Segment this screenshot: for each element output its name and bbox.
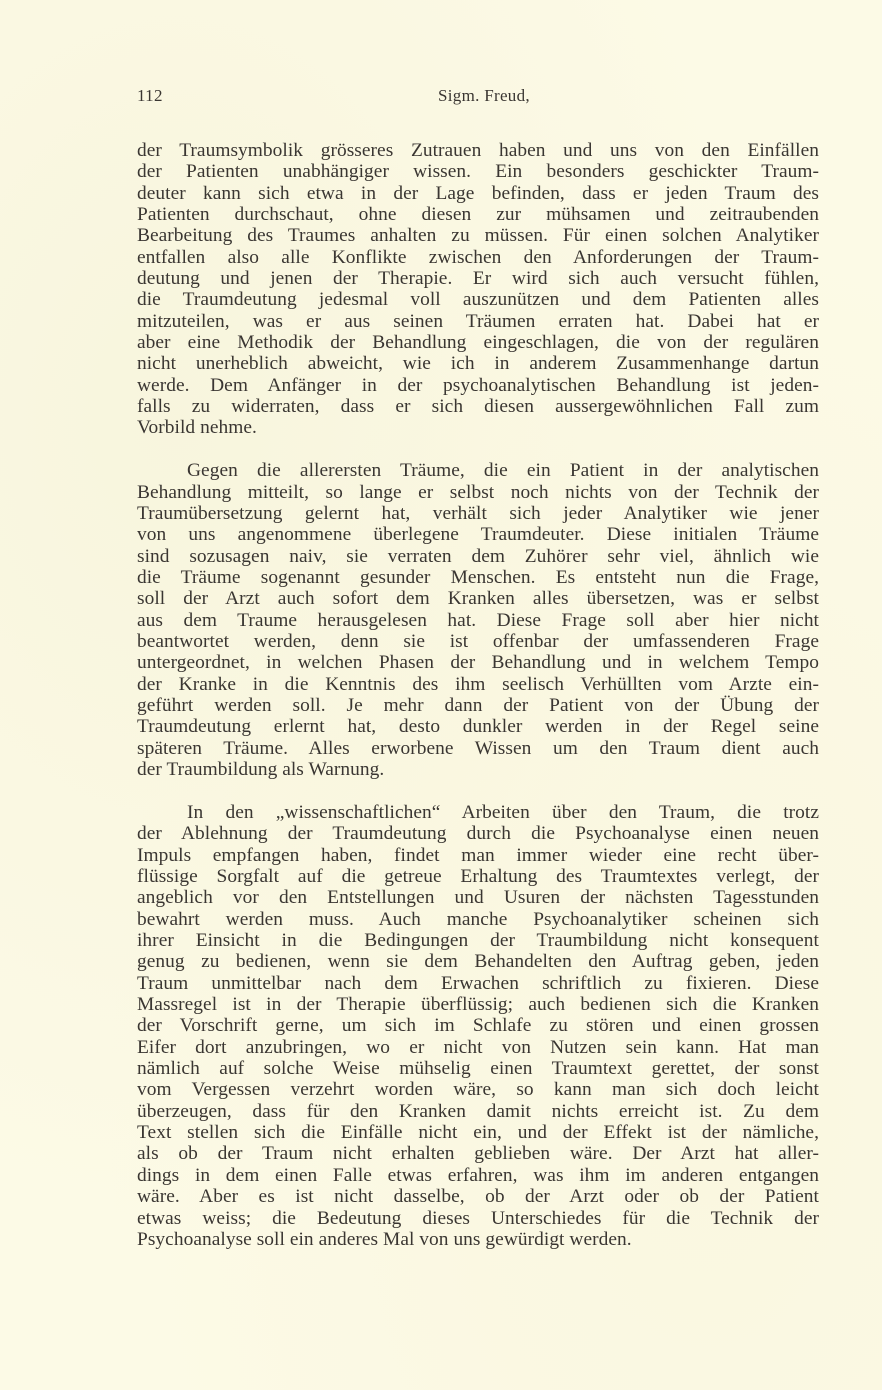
text-line: Bearbeitung des Traumes anhalten zu müss… — [137, 225, 819, 246]
text-line: bewahrt werden muss. Auch manche Psychoa… — [137, 909, 819, 930]
text-line: beantwortet werden, denn sie ist offenba… — [137, 631, 819, 652]
text-line: untergeordnet, in welchen Phasen der Beh… — [137, 652, 819, 673]
text-line: die Traumdeutung jedesmal voll auszunütz… — [137, 289, 819, 310]
text-line: der Kranke in die Kenntnis des ihm seeli… — [137, 674, 819, 695]
text-line: Eifer dort anzubringen, wo er nicht von … — [137, 1037, 819, 1058]
text-line: der Patienten unabhängiger wissen. Ein b… — [137, 161, 819, 182]
paragraph-3: In den „wissenschaftlichen“ Arbeiten übe… — [137, 802, 819, 1250]
text-line: nämlich auf solche Weise mühselig einen … — [137, 1058, 819, 1079]
text-line: der Ablehnung der Traumdeutung durch die… — [137, 823, 819, 844]
text-line: als ob der Traum nicht erhalten gebliebe… — [137, 1143, 819, 1164]
text-line: soll der Arzt auch sofort dem Kranken al… — [137, 588, 819, 609]
text-line: aber eine Methodik der Behandlung einges… — [137, 332, 819, 353]
text-line: von uns angenommene überlegene Traumdeut… — [137, 524, 819, 545]
text-line: nicht unerheblich abweicht, wie ich in a… — [137, 353, 819, 374]
text-line: Psychoanalyse soll ein anderes Mal von u… — [137, 1229, 819, 1250]
text-line: deuter kann sich etwa in der Lage befind… — [137, 183, 819, 204]
book-page: 112 Sigm. Freud, der Traumsymbolik gröss… — [0, 0, 882, 1390]
text-line: werde. Dem Anfänger in der psychoanalyti… — [137, 375, 819, 396]
text-line: Behandlung mitteilt, so lange er selbst … — [137, 482, 819, 503]
text-line: deutung und jenen der Therapie. Er wird … — [137, 268, 819, 289]
paragraph-gap — [137, 439, 819, 461]
text-line: wäre. Aber es ist nicht dasselbe, ob der… — [137, 1186, 819, 1207]
text-line: späteren Träume. Alles erworbene Wissen … — [137, 738, 819, 759]
text-line: sind sozusagen naiv, sie verraten dem Zu… — [137, 546, 819, 567]
text-line: etwas weiss; die Bedeutung dieses Unters… — [137, 1208, 819, 1229]
paragraph-1: der Traumsymbolik grösseres Zutrauen hab… — [137, 140, 819, 439]
text-line: Text stellen sich die Einfälle nicht ein… — [137, 1122, 819, 1143]
text-line: geführt werden soll. Je mehr dann der Pa… — [137, 695, 819, 716]
text-line: dings in dem einen Falle etwas erfahren,… — [137, 1165, 819, 1186]
text-line: Traum unmittelbar nach dem Erwachen schr… — [137, 973, 819, 994]
text-line: ihrer Einsicht in die Bedingungen der Tr… — [137, 930, 819, 951]
text-line: der Traumbildung als Warnung. — [137, 759, 819, 780]
text-line: falls zu widerraten, dass er sich diesen… — [137, 396, 819, 417]
text-line: flüssige Sorgfalt auf die getreue Erhalt… — [137, 866, 819, 887]
text-line: mitzuteilen, was er aus seinen Träumen e… — [137, 311, 819, 332]
text-line: die Träume sogenannt gesunder Menschen. … — [137, 567, 819, 588]
text-line: angeblich vor den Entstellungen und Usur… — [137, 887, 819, 908]
author-running-title: Sigm. Freud, — [137, 86, 819, 106]
text-line: der Vorschrift gerne, um sich im Schlafe… — [137, 1015, 819, 1036]
text-line: Patienten durchschaut, ohne diesen zur m… — [137, 204, 819, 225]
text-line: Impuls empfangen haben, findet man immer… — [137, 845, 819, 866]
text-line: Traumübersetzung gelernt hat, verhält si… — [137, 503, 819, 524]
paragraph-gap — [137, 780, 819, 802]
body-text: der Traumsymbolik grösseres Zutrauen hab… — [137, 140, 819, 1250]
text-line: Gegen die allerersten Träume, die ein Pa… — [137, 460, 819, 481]
text-line: In den „wissenschaftlichen“ Arbeiten übe… — [137, 802, 819, 823]
text-line: Massregel ist in der Therapie überflüssi… — [137, 994, 819, 1015]
paragraph-2: Gegen die allerersten Träume, die ein Pa… — [137, 460, 819, 780]
text-line: genug zu bedienen, wenn sie dem Behandel… — [137, 951, 819, 972]
text-line: aus dem Traume herausgelesen hat. Diese … — [137, 610, 819, 631]
running-head: 112 Sigm. Freud, — [137, 86, 819, 110]
text-line: Vorbild nehme. — [137, 417, 819, 438]
text-line: Traumdeutung erlernt hat, desto dunkler … — [137, 716, 819, 737]
text-line: der Traumsymbolik grösseres Zutrauen hab… — [137, 140, 819, 161]
text-line: vom Vergessen verzehrt worden wäre, so k… — [137, 1079, 819, 1100]
text-line: überzeugen, dass für den Kranken damit n… — [137, 1101, 819, 1122]
text-line: entfallen also alle Konflikte zwischen d… — [137, 247, 819, 268]
